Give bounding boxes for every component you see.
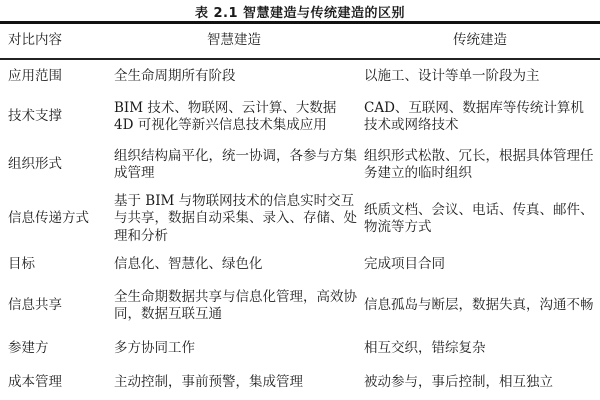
table-row: 参建方 多方协同工作 相互交织，错综复杂 xyxy=(0,334,600,364)
row-traditional: 相互交织，错综复杂 xyxy=(364,334,596,364)
row-aspect: 信息共享 xyxy=(8,284,108,328)
row-smart: 主动控制，事前预警，集成管理 xyxy=(114,368,358,398)
header-smart: 智慧建造 xyxy=(110,24,358,58)
row-aspect: 技术支撑 xyxy=(8,95,108,139)
table-row: 应用范围 全生命周期所有阶段 以施工、设计等单一阶段为主 xyxy=(0,62,600,92)
row-aspect: 成本管理 xyxy=(8,368,108,398)
row-smart: 基于 BIM 与物联网技术的信息实时交互与共享，数据自动采集、录入、存储、处理和… xyxy=(114,191,358,247)
table-row: 技术支撑 BIM 技术、物联网、云计算、大数据 4D 可视化等新兴信息技术集成应… xyxy=(0,95,600,139)
row-aspect: 信息传递方式 xyxy=(8,191,108,247)
row-aspect: 参建方 xyxy=(8,334,108,364)
row-smart: BIM 技术、物联网、云计算、大数据 4D 可视化等新兴信息技术集成应用 xyxy=(114,95,358,139)
row-aspect: 组织形式 xyxy=(8,143,108,187)
header-aspect: 对比内容 xyxy=(8,24,108,58)
row-smart: 全生命周期所有阶段 xyxy=(114,62,358,92)
table-header-rule xyxy=(0,58,600,60)
header-traditional: 传统建造 xyxy=(360,24,600,58)
row-traditional: 信息孤岛与断层，数据失真，沟通不畅 xyxy=(364,284,596,328)
table-caption: 表 2.1 智慧建造与传统建造的区别 xyxy=(0,2,600,21)
row-traditional: 纸质文档、会议、电话、传真、邮件、物流等方式 xyxy=(364,191,596,247)
row-aspect: 目标 xyxy=(8,250,108,280)
row-smart: 组织结构扁平化，统一协调，各参与方集成管理 xyxy=(114,143,358,187)
row-traditional: 被动参与，事后控制，相互独立 xyxy=(364,368,596,398)
row-smart: 全生命期数据共享与信息化管理，高效协同，数据互联互通 xyxy=(114,284,358,328)
row-traditional: CAD、互联网、数据库等传统计算机技术或网络技术 xyxy=(364,95,596,139)
table-row: 成本管理 主动控制，事前预警，集成管理 被动参与，事后控制，相互独立 xyxy=(0,368,600,398)
row-smart: 信息化、智慧化、绿色化 xyxy=(114,250,358,280)
table-row: 目标 信息化、智慧化、绿色化 完成项目合同 xyxy=(0,250,600,280)
table-row: 信息共享 全生命期数据共享与信息化管理，高效协同，数据互联互通 信息孤岛与断层，… xyxy=(0,284,600,328)
row-traditional: 完成项目合同 xyxy=(364,250,596,280)
table-row: 信息传递方式 基于 BIM 与物联网技术的信息实时交互与共享，数据自动采集、录入… xyxy=(0,191,600,247)
table-row: 组织形式 组织结构扁平化，统一协调，各参与方集成管理 组织形式松散、冗长，根据具… xyxy=(0,143,600,187)
row-smart: 多方协同工作 xyxy=(114,334,358,364)
row-traditional: 以施工、设计等单一阶段为主 xyxy=(364,62,596,92)
table-header-row: 对比内容 智慧建造 传统建造 xyxy=(0,24,600,58)
row-traditional: 组织形式松散、冗长，根据具体管理任务建立的临时组织 xyxy=(364,143,596,187)
row-aspect: 应用范围 xyxy=(8,62,108,92)
